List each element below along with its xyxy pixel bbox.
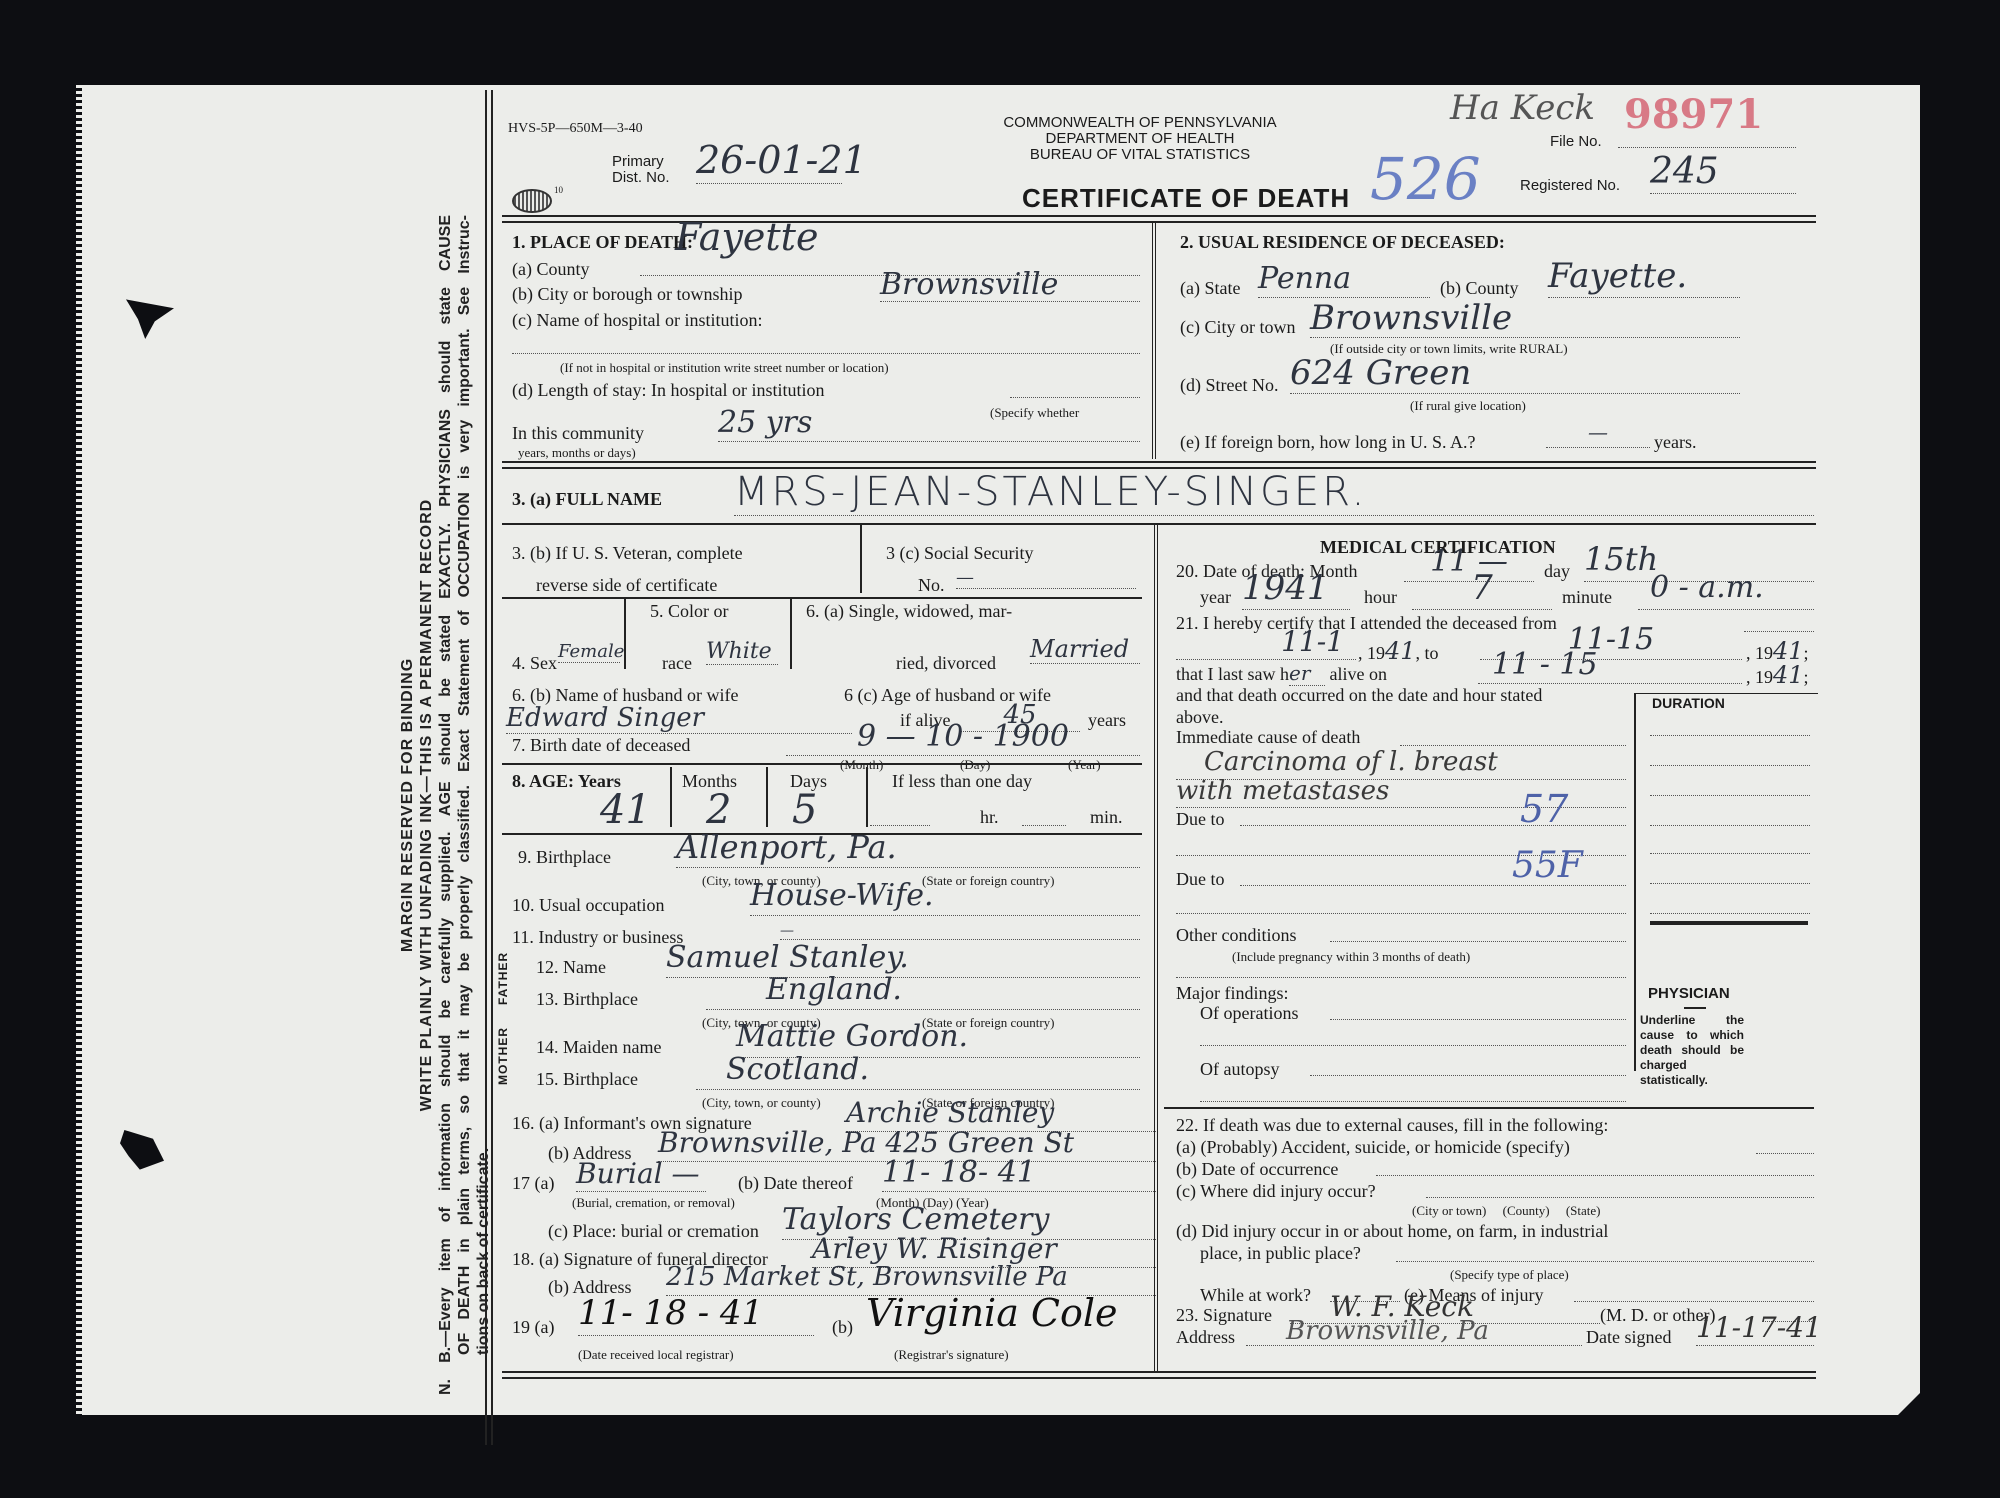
physician-note: Underline the cause to which death shoul… bbox=[1640, 1013, 1744, 1088]
primary-dist-no: 26-01-21 bbox=[696, 137, 842, 184]
full-name: MRS-JEAN-STANLEY-SINGER. bbox=[734, 469, 1814, 516]
binding-hole bbox=[120, 1130, 164, 1174]
certificate-paper: MARGIN RESERVED FOR BINDING WRITE PLAINL… bbox=[80, 85, 1920, 1415]
duration-heading: DURATION bbox=[1652, 695, 1725, 711]
certificate-form: HVS-5P—650M—3-40 Primary Dist. No. 26-01… bbox=[500, 85, 1920, 1415]
file-no-stamp: 98971 bbox=[1624, 91, 1763, 138]
registered-no: 245 bbox=[1650, 151, 1796, 194]
union-label-icon bbox=[512, 189, 552, 213]
form-code: HVS-5P—650M—3-40 bbox=[508, 121, 643, 137]
agency-heading: COMMONWEALTH OF PENNSYLVANIA DEPARTMENT … bbox=[920, 115, 1360, 163]
blue-number: 526 bbox=[1370, 145, 1481, 213]
cause-code-1: 57 bbox=[1520, 787, 1568, 831]
binding-margin-instructions: MARGIN RESERVED FOR BINDING WRITE PLAINL… bbox=[398, 215, 493, 1395]
date-signed: 11-17-41 bbox=[1696, 1311, 1814, 1346]
page-title: CERTIFICATE OF DEATH bbox=[1022, 183, 1350, 214]
physician-heading: PHYSICIAN bbox=[1648, 985, 1730, 1002]
annotation: Ha Keck bbox=[1450, 88, 1595, 128]
margin-rule bbox=[485, 90, 493, 1445]
cause-code-2: 55F bbox=[1512, 845, 1583, 886]
birth-date: 9 — 10 - 1900 bbox=[786, 719, 1140, 756]
binding-hole bbox=[126, 295, 174, 339]
age-years: 41 bbox=[600, 787, 651, 833]
